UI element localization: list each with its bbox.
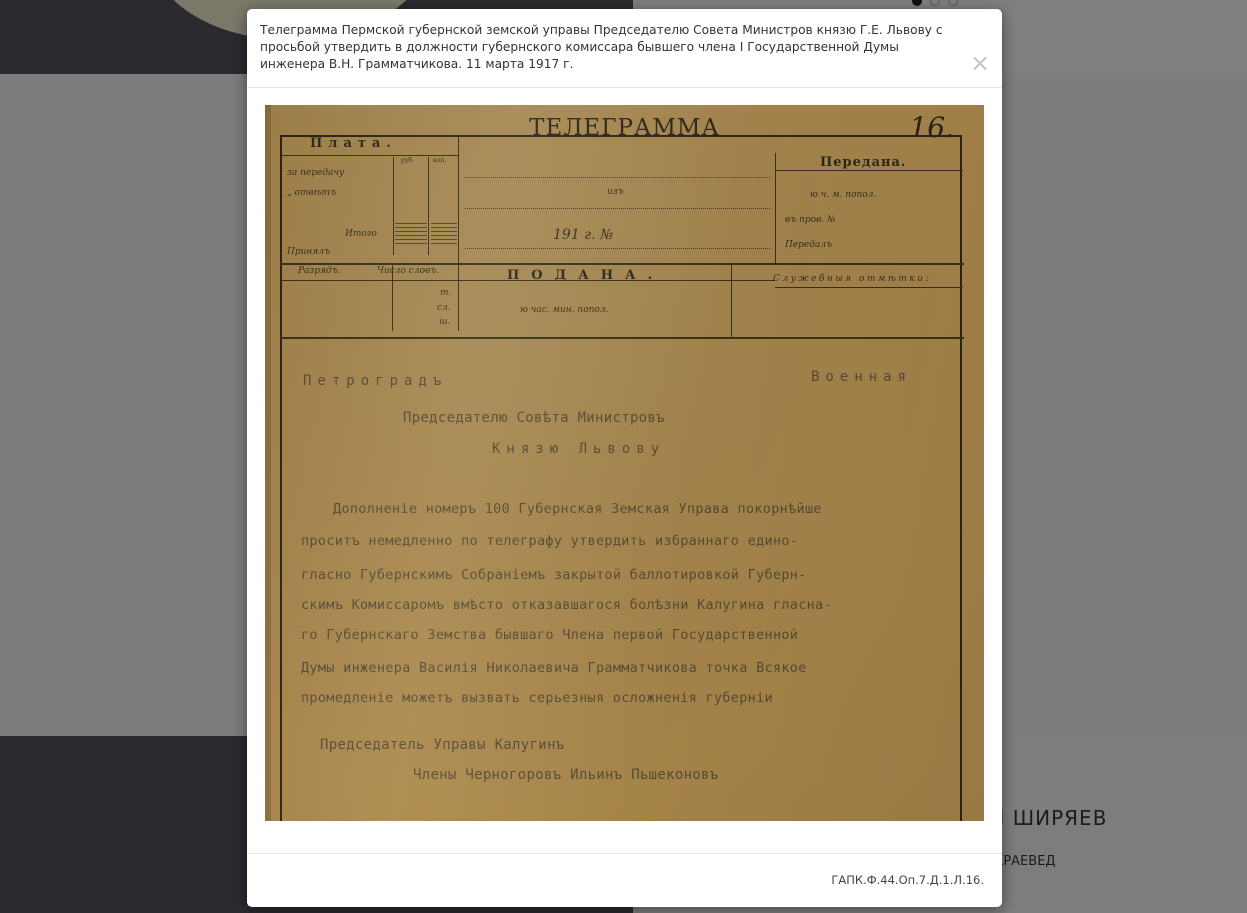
form-divider: [775, 170, 963, 171]
form-divider: [280, 337, 964, 339]
payment-header: Плата.: [310, 136, 397, 151]
word-count-label: Число словъ.: [377, 266, 439, 276]
image-modal: Телеграмма Пермской губернской земской у…: [247, 9, 1002, 907]
form-divider: [428, 157, 429, 255]
carousel-dots: [912, 0, 958, 6]
received-label: Принялъ: [287, 247, 330, 257]
modal-body: ТЕЛЕГРАММА 16. Плата. руб. коп.: [247, 88, 1002, 854]
category-label: Разрядъ.: [298, 266, 341, 276]
typed-body-line: Дополненіе номеръ 100 Губернская Земская…: [333, 501, 822, 517]
telegram-form-frame: [280, 135, 962, 821]
year-number-label: 191 г. №: [553, 227, 613, 243]
submitted-time-label: ю час. мин. попол.: [520, 305, 608, 315]
typed-addressee-2: Князю Львову: [492, 441, 665, 457]
typed-body-line: Думы инженера Василія Николаевича Грамма…: [301, 660, 807, 676]
form-hatch: [395, 223, 427, 247]
scan-edge: [265, 105, 271, 821]
service-marks-label: Служебныя отмѣтки:: [773, 274, 931, 284]
from-label: изъ: [607, 187, 624, 197]
carousel-dot-2[interactable]: [930, 0, 940, 6]
form-divider: [280, 263, 964, 265]
for-reply-label: „ отвѣтъ: [287, 188, 336, 198]
typed-signature-members: Члены Черногоровъ Ильинъ Пьшеконовъ: [413, 767, 719, 783]
form-dotted-line: [465, 208, 770, 209]
submitted-header: ПОДАНА.: [507, 268, 664, 283]
form-dotted-line: [465, 177, 770, 178]
form-divider: [393, 157, 394, 255]
typed-addressee-1: Председателю Совѣта Министровъ: [403, 410, 665, 426]
typed-body-line: скимъ Комиссаромъ вмѣсто отказавшагося б…: [301, 597, 832, 613]
rub-label: руб.: [401, 157, 414, 164]
via-label: въ пров. №: [785, 215, 836, 225]
modal-header: Телеграмма Пермской губернской земской у…: [247, 9, 1002, 88]
typed-body-line: го Губернскаго Земства бывшаго Члена пер…: [301, 627, 798, 643]
for-transfer-label: за передачу: [287, 168, 344, 178]
kop-label: коп.: [433, 157, 446, 164]
form-divider: [282, 155, 458, 156]
typed-telegram-type: Военная: [811, 369, 912, 385]
sh-label: ш.: [439, 317, 450, 327]
typed-body-line: проситъ немедленно по телеграфу утвердит…: [301, 533, 798, 549]
archive-reference: ГАПК.Ф.44.Оп.7.Д.1.Л.16.: [831, 873, 984, 887]
form-divider: [775, 287, 963, 288]
modal-footer: ГАПК.Ф.44.Оп.7.Д.1.Л.16.: [247, 853, 1002, 907]
transmitted-header: Передана.: [820, 155, 906, 170]
carousel-dot-3[interactable]: [948, 0, 958, 6]
typed-body-line: гласно Губернскимъ Собраніемъ закрытой б…: [301, 567, 807, 583]
t-label: т.: [440, 288, 451, 298]
sl-label: сл.: [437, 303, 451, 313]
transmitted-time-label: ю ч. м. попол.: [810, 190, 876, 200]
form-divider: [731, 265, 732, 337]
modal-title: Телеграмма Пермской губернской земской у…: [260, 22, 962, 73]
document-image: ТЕЛЕГРАММА 16. Плата. руб. коп.: [265, 105, 984, 821]
transmitted-by-label: Передалъ: [785, 240, 832, 250]
close-icon[interactable]: ×: [970, 53, 990, 73]
form-divider: [458, 137, 459, 331]
form-dotted-line: [465, 248, 770, 249]
typed-body-line: промедленіе можетъ вызвать серьезныя осл…: [301, 690, 773, 706]
total-label: Итого: [345, 229, 377, 239]
typed-city: Петроградъ: [303, 373, 447, 389]
typed-signature-chairman: Председатель Управы Калугинъ: [320, 737, 564, 753]
form-hatch: [431, 223, 457, 247]
carousel-dot-1[interactable]: [912, 0, 922, 6]
